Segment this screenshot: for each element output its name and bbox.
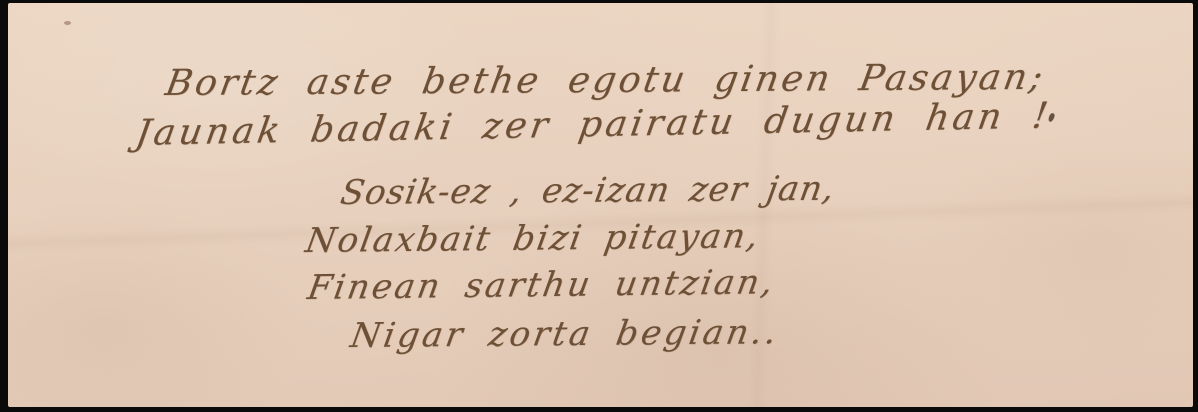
ink-speck xyxy=(64,21,71,25)
manuscript-line-1: Bortz aste bethe egotu ginen Pasayan; xyxy=(163,57,1049,104)
manuscript-line-4: Nolaxbait bizi pitayan, xyxy=(303,216,763,261)
scanned-page: Bortz aste bethe egotu ginen Pasayan; Ja… xyxy=(0,0,1198,412)
manuscript-line-3: Sosik-ez , ez-izan zer jan, xyxy=(338,169,838,213)
manuscript-line-6: Nigar zorta begian.. xyxy=(348,312,783,356)
manuscript-line-5: Finean sarthu untzian, xyxy=(305,262,778,308)
manuscript-line-2: Jaunak badaki zer pairatu dugun han ! xyxy=(133,95,1054,153)
paper-sheet: Bortz aste bethe egotu ginen Pasayan; Ja… xyxy=(8,3,1193,407)
